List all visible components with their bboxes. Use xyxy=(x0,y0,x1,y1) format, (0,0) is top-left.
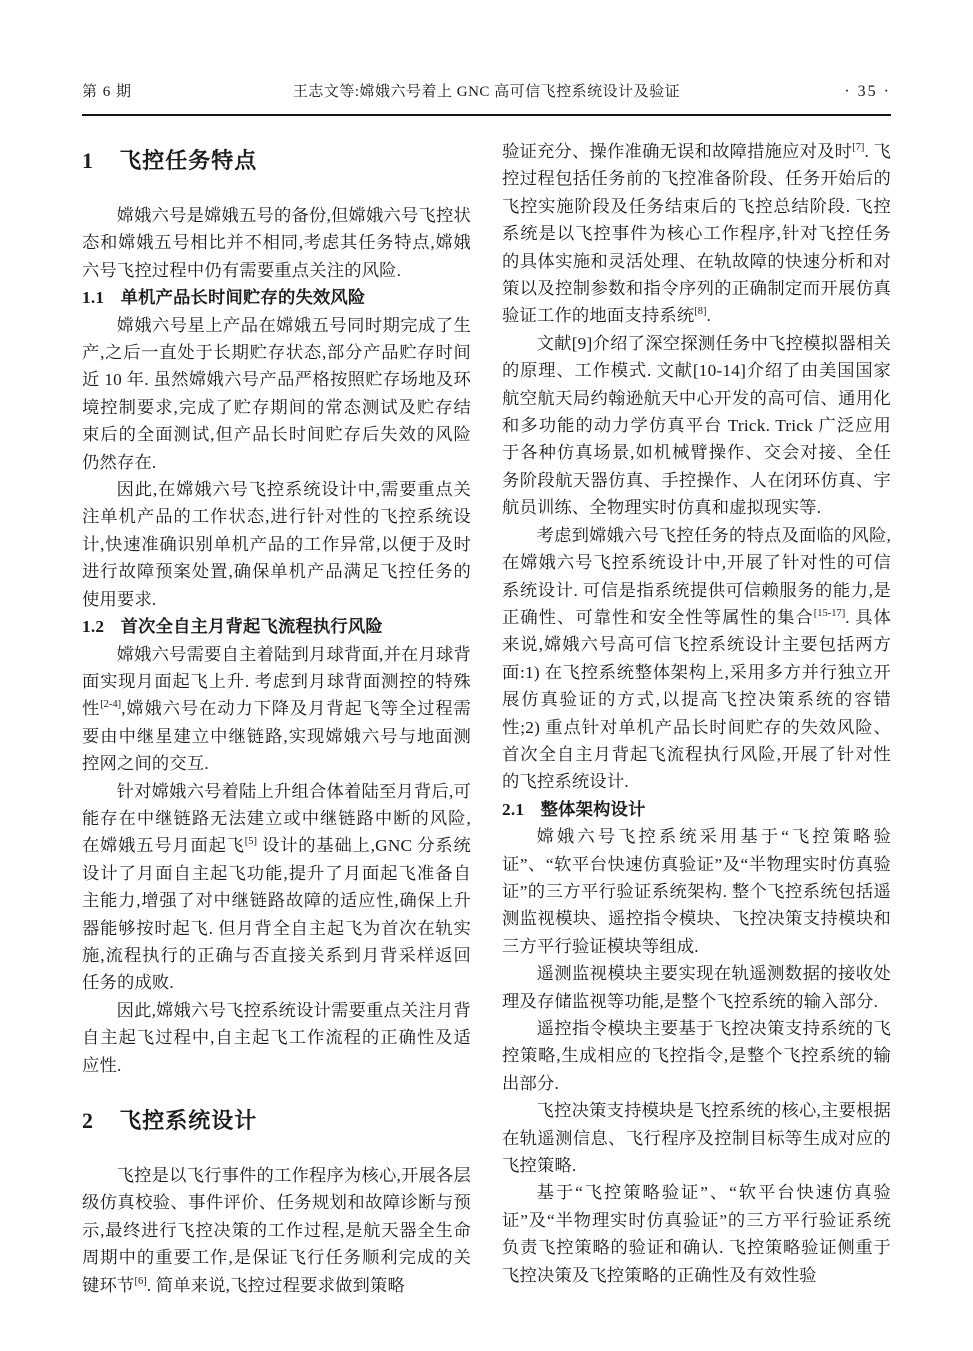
subsection-heading: 1.1单机产品长时间贮存的失效风险 xyxy=(82,284,471,311)
citation-superscript: [2-4] xyxy=(100,700,121,711)
heading-title: 首次全自主月背起飞流程执行风险 xyxy=(121,616,383,636)
section-heading: 2飞控系统设计 xyxy=(82,1106,471,1136)
paragraph: 验证充分、操作准确无误和故障措施应对及时[7]. 飞控过程包括任务前的飞控准备阶… xyxy=(502,138,891,330)
paragraph: 飞控是以飞行事件的工作程序为核心,开展各层级仿真校验、事件评价、任务规划和故障诊… xyxy=(82,1162,471,1299)
paragraph: 文献[9]介绍了深空探测任务中飞控模拟器相关的原理、工作模式. 文献[10-14… xyxy=(502,330,891,522)
paragraph: 嫦娥六号星上产品在嫦娥五号同时期完成了生产,之后一直处于长期贮存状态,部分产品贮… xyxy=(82,312,471,476)
heading-title: 整体架构设计 xyxy=(541,799,646,819)
heading-title: 飞控系统设计 xyxy=(119,1108,257,1133)
citation-superscript: [5] xyxy=(245,837,257,848)
page-number: · 35 · xyxy=(751,83,891,101)
two-column-body: 1飞控任务特点嫦娥六号是嫦娥五号的备份,但嫦娥六号飞控状态和嫦娥五号相比并不相同… xyxy=(82,138,891,1299)
subsection-heading: 1.2首次全自主月背起飞流程执行风险 xyxy=(82,613,471,640)
paragraph: 考虑到嫦娥六号飞控任务的特点及面临的风险,在嫦娥六号飞控系统设计中,开展了针对性… xyxy=(502,522,891,796)
heading-title: 飞控任务特点 xyxy=(119,148,257,173)
heading-number: 2 xyxy=(82,1108,94,1133)
heading-number: 1 xyxy=(82,148,94,173)
page-header: 第 6 期 王志文等:嫦娥六号着上 GNC 高可信飞控系统设计及验证 · 35 … xyxy=(82,80,891,116)
paragraph: 遥控指令模块主要基于飞控决策支持系统的飞控策略,生成相应的飞控指令,是整个飞控系… xyxy=(502,1015,891,1097)
paragraph: 飞控决策支持模块是飞控系统的核心,主要根据在轨遥测信息、飞行程序及控制目标等生成… xyxy=(502,1097,891,1179)
citation-superscript: [6] xyxy=(134,1276,146,1287)
citation-superscript: [7] xyxy=(852,142,864,153)
section-heading: 1飞控任务特点 xyxy=(82,146,471,176)
journal-issue: 第 6 期 xyxy=(82,80,222,101)
paragraph: 嫦娥六号需要自主着陆到月球背面,并在月球背面实现月面起飞上升. 考虑到月球背面测… xyxy=(82,641,471,778)
heading-number: 1.2 xyxy=(82,617,104,636)
paper-page: { "header": { "issue": "第 6 期", "running… xyxy=(0,0,973,1351)
citation-superscript: [8] xyxy=(694,307,706,318)
citation-superscript: [15-17] xyxy=(814,608,846,619)
paragraph: 嫦娥六号是嫦娥五号的备份,但嫦娥六号飞控状态和嫦娥五号相比并不相同,考虑其任务特… xyxy=(82,202,471,284)
subsection-heading: 2.1整体架构设计 xyxy=(502,796,891,823)
heading-number: 2.1 xyxy=(502,800,524,819)
paragraph: 因此,在嫦娥六号飞控系统设计中,需要重点关注单机产品的工作状态,进行针对性的飞控… xyxy=(82,476,471,613)
heading-title: 单机产品长时间贮存的失效风险 xyxy=(121,287,366,307)
paragraph: 针对嫦娥六号着陆上升组合体着陆至月背后,可能存在中继链路无法建立或中继链路中断的… xyxy=(82,778,471,997)
paragraph: 因此,嫦娥六号飞控系统设计需要重点关注月背自主起飞过程中,自主起飞工作流程的正确… xyxy=(82,997,471,1079)
paragraph: 基于“飞控策略验证”、“软平台快速仿真验证”及“半物理实时仿真验证”的三方平行验… xyxy=(502,1179,891,1289)
left-column: 1飞控任务特点嫦娥六号是嫦娥五号的备份,但嫦娥六号飞控状态和嫦娥五号相比并不相同… xyxy=(82,138,471,1299)
paragraph: 嫦娥六号飞控系统采用基于“飞控策略验证”、“软平台快速仿真验证”及“半物理实时仿… xyxy=(502,823,891,960)
right-column: 验证充分、操作准确无误和故障措施应对及时[7]. 飞控过程包括任务前的飞控准备阶… xyxy=(502,138,891,1299)
paragraph: 遥测监视模块主要实现在轨遥测数据的接收处理及存储监视等功能,是整个飞控系统的输入… xyxy=(502,960,891,1015)
running-title: 王志文等:嫦娥六号着上 GNC 高可信飞控系统设计及验证 xyxy=(222,80,751,101)
heading-number: 1.1 xyxy=(82,288,104,307)
